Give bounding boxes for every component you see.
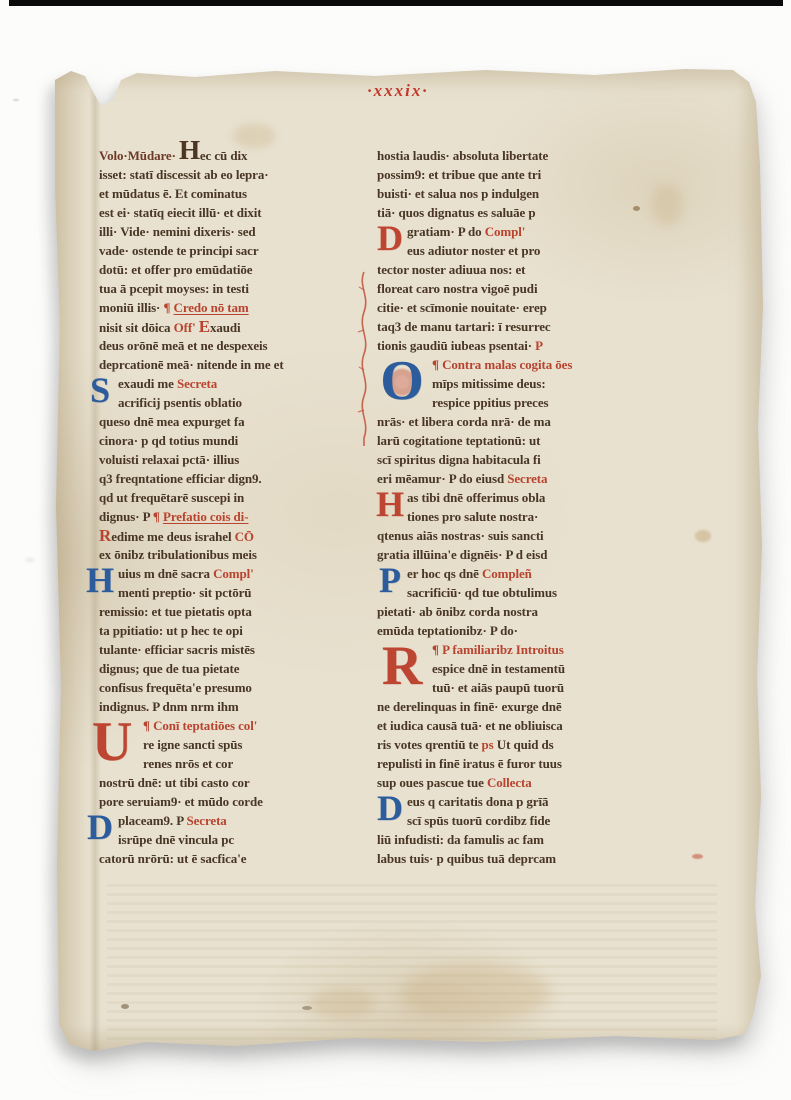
text-line: et iudica causā tuā· et ne obliuisca — [377, 716, 655, 735]
text-line: tiā· quos dignatus es saluāe p — [377, 203, 655, 222]
text-segment: dignus· P — [99, 509, 153, 524]
rubric-segment: Off' — [174, 320, 199, 335]
text-segment: re igne sancti spūs — [143, 737, 242, 752]
text-line: nostrū dnē: ut tibi casto cor — [99, 773, 361, 792]
dropcap-initial: D — [375, 789, 405, 827]
red-ink-fleck — [692, 854, 703, 859]
text-segment: exaudi me — [118, 376, 177, 391]
text-segment: ne derelinquas in finē· exurge dnē — [377, 699, 562, 714]
text-line: Volo·Mūdare· Hec cū dix — [99, 146, 361, 165]
text-line: hostia laudis· absoluta libertate — [377, 146, 655, 165]
text-line: larū cogitatione teptationū: ut — [377, 431, 655, 450]
dropcap-initial: D — [375, 219, 405, 257]
rubric-segment: ¶ — [153, 509, 163, 524]
rubric-segment: Secreta — [187, 813, 227, 828]
dropcap-initial: D — [85, 808, 115, 846]
dropcap-initial: H — [375, 485, 405, 523]
text-line: confisus frequēta'e presumo — [99, 678, 361, 697]
text-segment: repulisti in finē iratus ē furor tuus — [377, 756, 562, 771]
text-segment: hostia laudis· absoluta libertate — [377, 148, 548, 163]
text-line: tiones pro salute nostra· — [377, 507, 655, 526]
text-segment: labus tuis· p quibus tuā deprcam — [377, 851, 556, 866]
text-segment: er hoc qs dnē — [407, 566, 482, 581]
stain-spot — [302, 1006, 312, 1010]
text-column-left: Volo·Mūdare· Hec cū dixisset: statī disc… — [99, 146, 361, 868]
text-segment: qd ut frequētarē suscepi in — [99, 490, 244, 505]
text-segment: vade· ostende te principi sacr — [99, 243, 259, 258]
text-segment: espice dnē in testamentū — [432, 661, 565, 676]
text-column-right: hostia laudis· absoluta libertatepossim9… — [377, 146, 655, 868]
text-segment: larū cogitatione teptationū: ut — [377, 433, 540, 448]
text-segment: et mūdatus ē. Et cominatus — [99, 186, 247, 201]
text-segment: deprcationē meā· nitende in me et — [99, 357, 284, 372]
text-line: ta ppitiatio: ut p hec te opi — [99, 621, 361, 640]
text-line: repulisti in finē iratus ē furor tuus — [377, 754, 655, 773]
text-line: moniū illis· ¶ Credo nō tam — [99, 298, 361, 317]
dropcap-initial: U — [85, 713, 139, 771]
text-segment: uius m dnē sacra — [118, 566, 213, 581]
rubric-segment: ps — [482, 737, 497, 752]
text-line: eus adiutor noster et pro — [377, 241, 655, 260]
text-line: ex ōnibz tribulationibus meis — [99, 545, 361, 564]
text-line: est ei· statīq eiecit illū· et dixit — [99, 203, 361, 222]
text-segment: nrās· et libera corda nrā· de ma — [377, 414, 551, 429]
stain-spot — [400, 964, 550, 1022]
text-segment: deus orōnē meā et ne despexeis — [99, 338, 268, 353]
stain-spot — [121, 1004, 129, 1009]
text-line: eus q caritatis dona p grīā — [377, 792, 655, 811]
text-line: queso dnē mea expurget fa — [99, 412, 361, 431]
text-line: scī spūs tuorū cordibz fide — [377, 811, 655, 830]
text-line: buisti· et salua nos p indulgen — [377, 184, 655, 203]
rubric-segment: ¶ Conī teptatiōes col' — [143, 718, 257, 733]
text-segment: catorū nrōrū: ut ē sacfica'e — [99, 851, 246, 866]
dropcap-initial: P — [375, 561, 405, 599]
text-line: tector noster adiuua nos: et — [377, 260, 655, 279]
text-segment: menti preptio· sit pctōrū — [118, 585, 251, 600]
text-segment: mīps mitissime deus: — [432, 376, 546, 391]
rubric-segment: Credo nō tam — [174, 300, 249, 315]
text-segment: ec cū dix — [200, 148, 247, 163]
text-line: et mūdatus ē. Et cominatus — [99, 184, 361, 203]
calligraphic-initial: H — [179, 141, 200, 160]
rubric-segment: Compl' — [485, 224, 526, 239]
stain-spot — [651, 184, 683, 226]
text-segment: gratia illūina'e dignēis· P d eisd — [377, 547, 547, 562]
text-segment: confisus frequēta'e presumo — [99, 680, 252, 695]
text-segment: tector noster adiuua nos: et — [377, 262, 525, 277]
text-line: dignus; que de tua pietate — [99, 659, 361, 678]
text-segment: respice ppitius preces — [432, 395, 548, 410]
text-segment: qtenus aiās nostras· suis sancti — [377, 528, 544, 543]
stain-spot — [233, 124, 275, 148]
text-line: gratiam· P do Compl' — [377, 222, 655, 241]
dropcap-initial: O — [375, 352, 429, 410]
text-segment: et iudica causā tuā· et ne obliuisca — [377, 718, 563, 733]
rubric-segment: Secreta — [507, 471, 547, 486]
text-line: illi· Vide· nemini dixeris· sed — [99, 222, 361, 241]
text-segment: edime me deus israhel — [111, 529, 234, 544]
text-line: gratia illūina'e dignēis· P d eisd — [377, 545, 655, 564]
text-segment: ex ōnibz tribulationibus meis — [99, 547, 257, 562]
text-segment: Ut quid ds — [497, 737, 554, 752]
text-segment: sacrificiū· qd tue obtulimus — [407, 585, 557, 600]
stain-spot — [310, 988, 374, 1018]
text-line: dignus· P ¶ Prefatio cois di- — [99, 507, 361, 526]
text-line: uius m dnē sacra Compl' — [99, 564, 361, 583]
text-segment: gratiam· P do — [407, 224, 485, 239]
text-line: deus orōnē meā et ne despexeis — [99, 336, 361, 355]
text-line: tulante· efficiar sacris mistēs — [99, 640, 361, 659]
rubric-segment: Secreta — [177, 376, 217, 391]
text-line: taq3 de manu tartari: ī resurrec — [377, 317, 655, 336]
text-segment: moniū illis· — [99, 300, 163, 315]
text-segment: scī spūs tuorū cordibz fide — [407, 813, 550, 828]
text-line: cinora· p qd totius mundi — [99, 431, 361, 450]
text-segment: est ei· statīq eiecit illū· et dixit — [99, 205, 261, 220]
text-segment: liū infudisti: da famulis ac fam — [377, 832, 544, 847]
rubric-segment: CŌ — [235, 529, 254, 544]
scan-background: ·xxxix· Volo·Mūdare· Hec cū dixisset: st… — [0, 0, 791, 1100]
text-line: voluisti relaxai pctā· illius — [99, 450, 361, 469]
text-line: menti preptio· sit pctōrū — [99, 583, 361, 602]
text-line: nisit sit dōica Off' Exaudi — [99, 317, 361, 336]
text-line: q3 freqntatione efficiar dign9. — [99, 469, 361, 488]
text-segment: isset: statī discessit ab eo lepra· — [99, 167, 268, 182]
marginal-pen-flourish-icon — [354, 270, 374, 448]
text-segment: tulante· efficiar sacris mistēs — [99, 642, 255, 657]
text-segment: tuū· et aiās paupū tuorū — [432, 680, 564, 695]
text-segment: isrūpe dnē vincula pc — [118, 832, 234, 847]
text-line: sacrificiū· qd tue obtulimus — [377, 583, 655, 602]
text-line: isset: statī discessit ab eo lepra· — [99, 165, 361, 184]
text-line: pore seruiam9· et mūdo corde — [99, 792, 361, 811]
text-segment: nisit sit dōica — [99, 320, 174, 335]
text-line: isrūpe dnē vincula pc — [99, 830, 361, 849]
small-initial: E — [199, 317, 210, 336]
manuscript-leaf: ·xxxix· Volo·Mūdare· Hec cū dixisset: st… — [55, 66, 763, 1054]
text-segment: q3 freqntatione efficiar dign9. — [99, 471, 262, 486]
text-segment: placeam9. P — [118, 813, 187, 828]
scan-edge-artifact — [9, 0, 783, 6]
text-segment: pore seruiam9· et mūdo corde — [99, 794, 263, 809]
text-segment: dotū: et offer pro emūdatiōe — [99, 262, 252, 277]
rubric-segment: ¶ Contra malas cogita ōes — [432, 357, 572, 372]
text-segment: renes nrōs et cor — [143, 756, 233, 771]
text-segment: ta ppitiatio: ut p hec te opi — [99, 623, 243, 638]
text-segment: tiones pro salute nostra· — [407, 509, 538, 524]
text-line: nrās· et libera corda nrā· de ma — [377, 412, 655, 431]
text-segment: remissio: et tue pietatis opta — [99, 604, 252, 619]
text-line: catorū nrōrū: ut ē sacfica'e — [99, 849, 361, 868]
text-segment: eus adiutor noster et pro — [407, 243, 540, 258]
text-segment: voluisti relaxai pctā· illius — [99, 452, 239, 467]
text-line: scī spiritus digna habitacula fi — [377, 450, 655, 469]
text-line: qd ut frequētarē suscepi in — [99, 488, 361, 507]
rubric-segment: Prefatio cois di- — [163, 509, 248, 524]
rubric-segment: Compl' — [213, 566, 254, 581]
text-segment: floreat caro nostra vigoē pudi — [377, 281, 537, 296]
text-line: floreat caro nostra vigoē pudi — [377, 279, 655, 298]
text-line: pietati· ab ōnibz corda nostra — [377, 602, 655, 621]
text-segment: taq3 de manu tartari: ī resurrec — [377, 319, 551, 334]
text-segment: dignus; que de tua pietate — [99, 661, 239, 676]
text-line: er hoc qs dnē Compleñ — [377, 564, 655, 583]
text-line: labus tuis· p quibus tuā deprcam — [377, 849, 655, 868]
rubric-segment: ¶ — [163, 300, 173, 315]
text-line: remissio: et tue pietatis opta — [99, 602, 361, 621]
text-line: eri mēamur· P do eiusd Secreta — [377, 469, 655, 488]
text-segment: cinora· p qd totius mundi — [99, 433, 238, 448]
text-line: ne derelinquas in finē· exurge dnē — [377, 697, 655, 716]
text-line: acrificij psentis oblatio — [99, 393, 361, 412]
text-segment: citie· et scīmonie nouitate· erep — [377, 300, 547, 315]
dropcap-initial: H — [85, 561, 115, 599]
text-segment: xaudi — [210, 320, 241, 335]
text-line: as tibi dnē offerimus obla — [377, 488, 655, 507]
text-line: Redime me deus israhel CŌ — [99, 526, 361, 545]
rubric-segment: Collecta — [487, 775, 532, 790]
text-line: qtenus aiās nostras· suis sancti — [377, 526, 655, 545]
text-line: deprcationē meā· nitende in me et — [99, 355, 361, 374]
folio-number: ·xxxix· — [343, 81, 453, 101]
text-segment: queso dnē mea expurget fa — [99, 414, 245, 429]
text-line: ris votes qrentiū te ps Ut quid ds — [377, 735, 655, 754]
text-segment: possim9: et tribue que ante tri — [377, 167, 541, 182]
text-segment: nostrū dnē: ut tibi casto cor — [99, 775, 250, 790]
rubric-segment: P — [535, 338, 543, 353]
text-segment: pietati· ab ōnibz corda nostra — [377, 604, 538, 619]
small-initial: R — [99, 526, 111, 545]
text-line: vade· ostende te principi sacr — [99, 241, 361, 260]
text-segment: tua ā pcepit moyses: in testi — [99, 281, 249, 296]
rubric-segment: Compleñ — [482, 566, 532, 581]
text-line: placeam9. P Secreta — [99, 811, 361, 830]
text-line: tua ā pcepit moyses: in testi — [99, 279, 361, 298]
manuscript-leaf-wrap: ·xxxix· Volo·Mūdare· Hec cū dixisset: st… — [55, 66, 763, 1054]
dropcap-initial: R — [375, 637, 429, 695]
text-line: citie· et scīmonie nouitate· erep — [377, 298, 655, 317]
text-segment: ris votes qrentiū te — [377, 737, 482, 752]
text-segment: Volo·Mūdare· — [99, 148, 179, 163]
verso-showthrough — [107, 884, 717, 1040]
text-line: dotū: et offer pro emūdatiōe — [99, 260, 361, 279]
text-segment: buisti· et salua nos p indulgen — [377, 186, 539, 201]
text-segment: acrificij psentis oblatio — [118, 395, 242, 410]
rubric-segment: ¶ P familiaribz Introitus — [432, 642, 564, 657]
dropcap-initial: S — [85, 371, 115, 409]
text-segment: as tibi dnē offerimus obla — [407, 490, 545, 505]
text-line: possim9: et tribue que ante tri — [377, 165, 655, 184]
stain-spot — [695, 530, 711, 542]
text-line: exaudi me Secreta — [99, 374, 361, 393]
text-line: liū infudisti: da famulis ac fam — [377, 830, 655, 849]
text-segment: eus q caritatis dona p grīā — [407, 794, 548, 809]
text-segment: illi· Vide· nemini dixeris· sed — [99, 224, 256, 239]
text-line: sup oues pascue tue Collecta — [377, 773, 655, 792]
text-segment: scī spiritus digna habitacula fi — [377, 452, 541, 467]
